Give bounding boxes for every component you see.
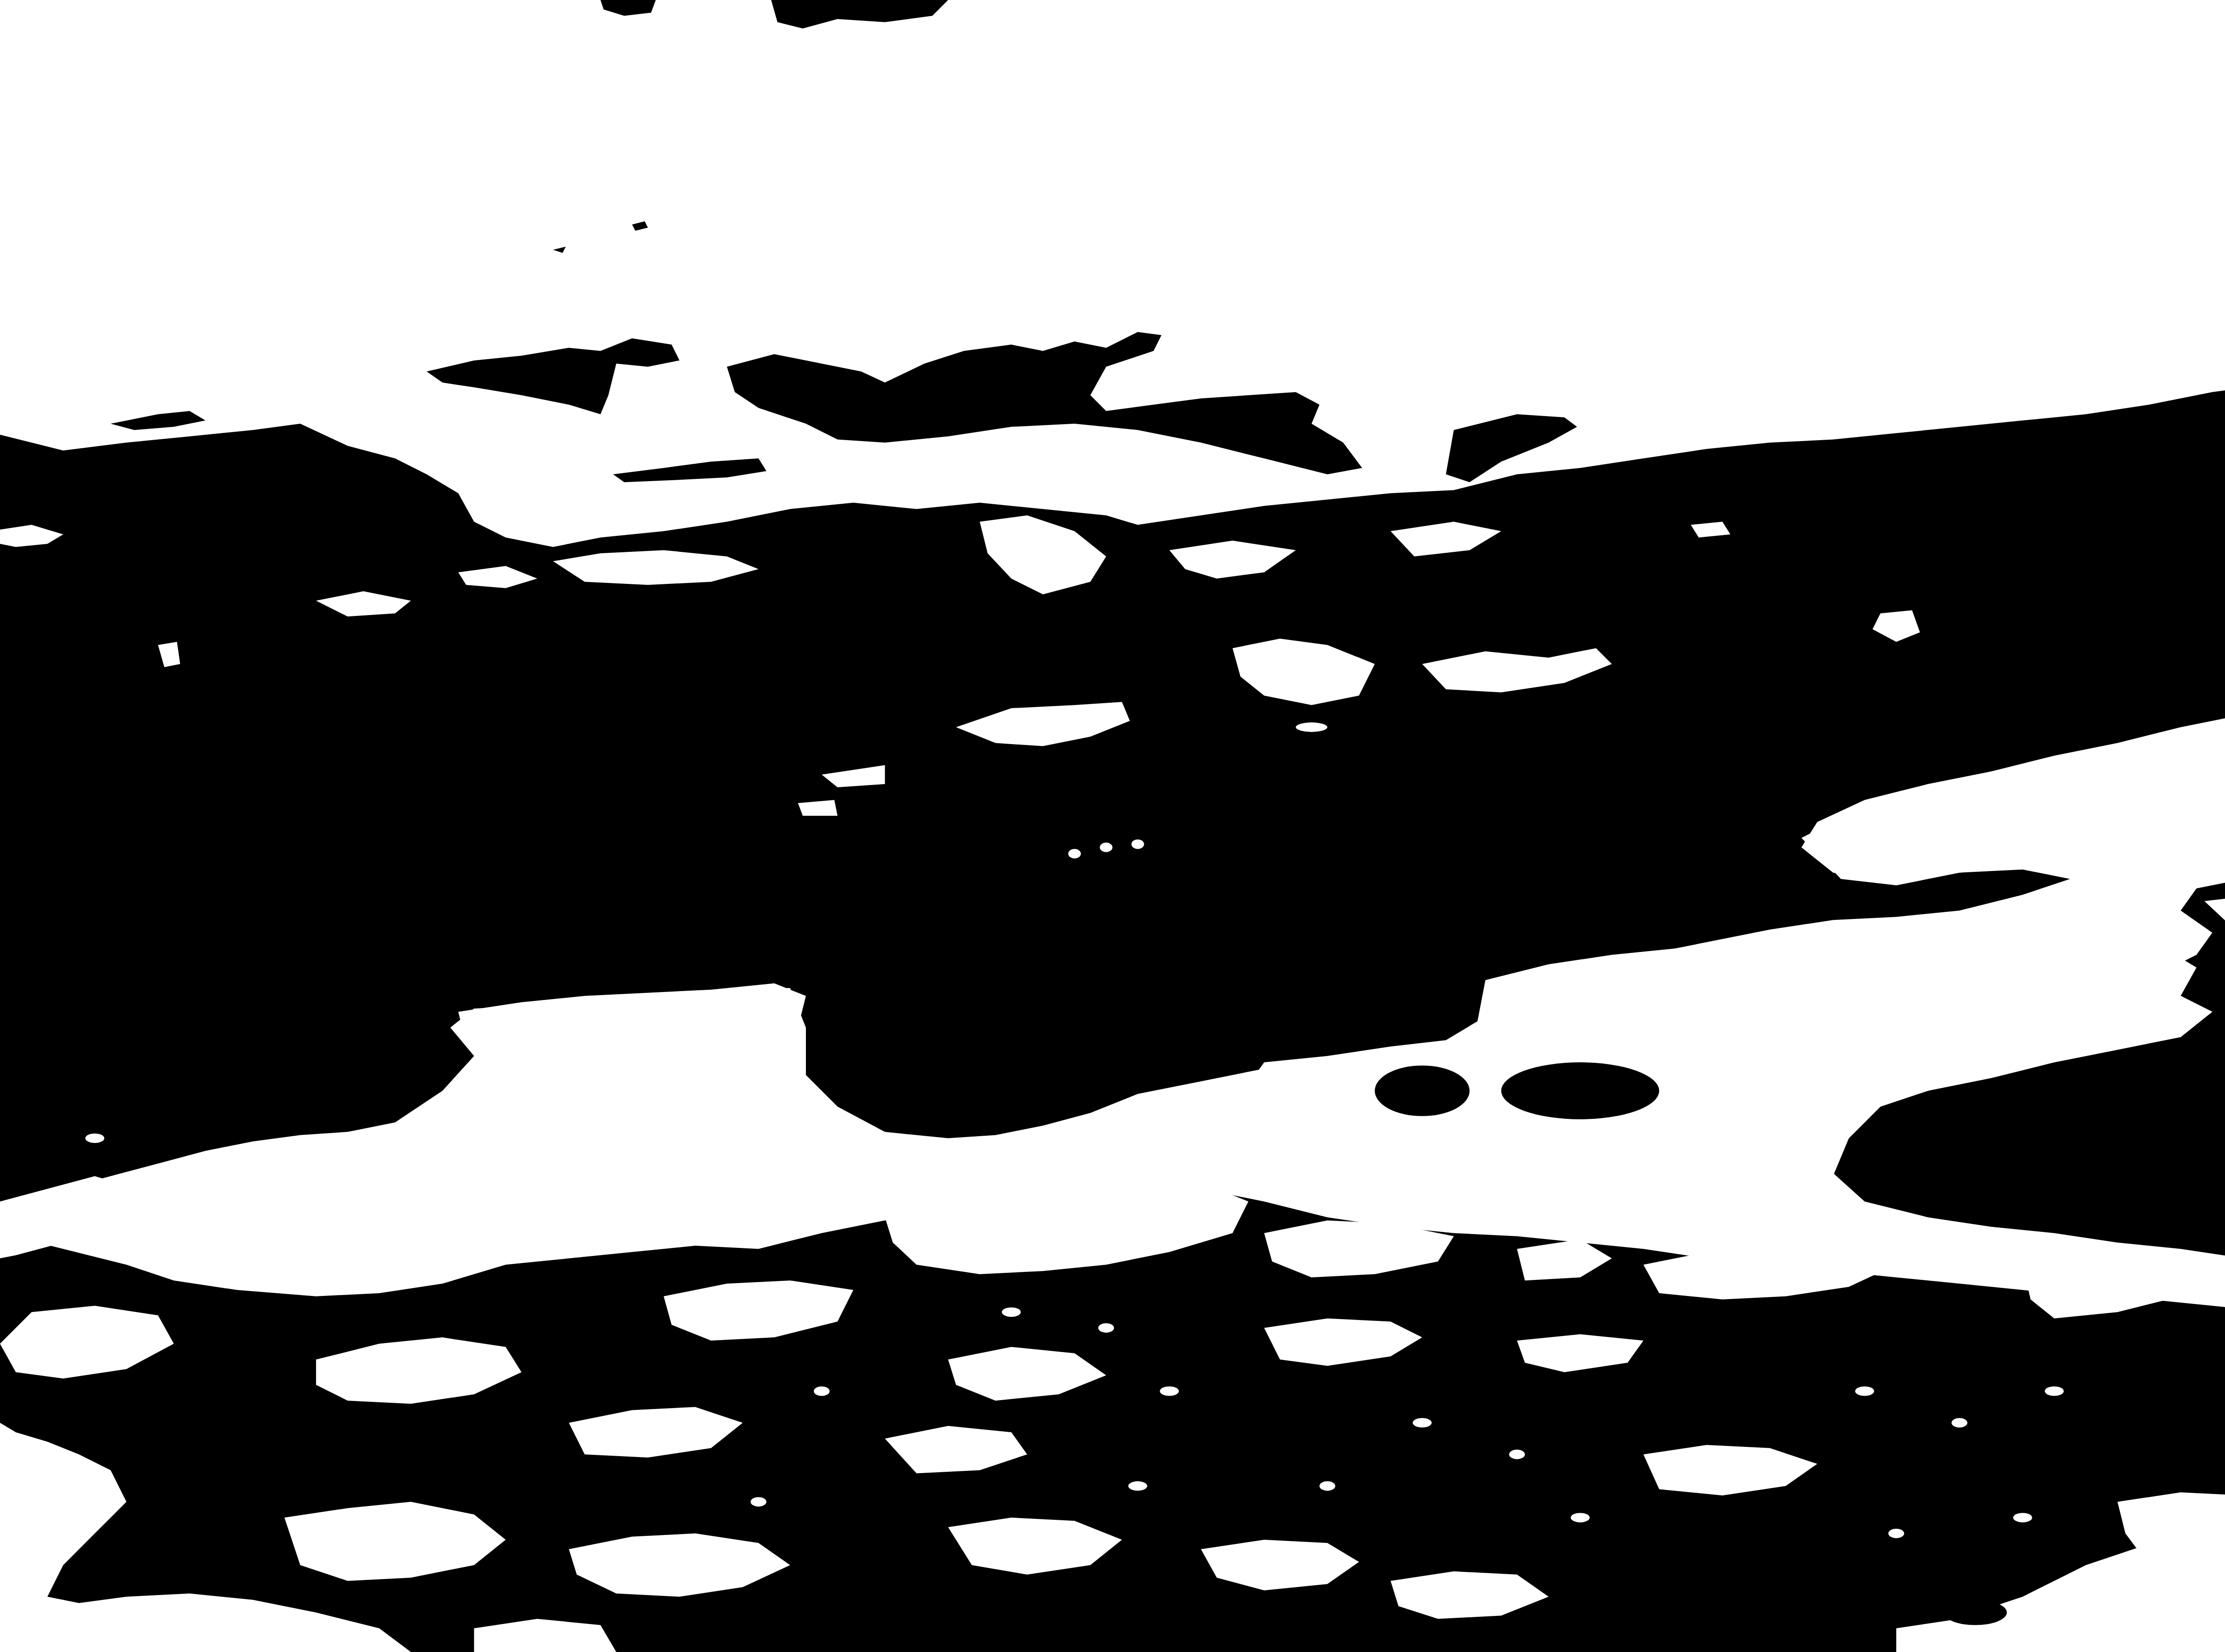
- binarized-texture-image: [0, 0, 2225, 1652]
